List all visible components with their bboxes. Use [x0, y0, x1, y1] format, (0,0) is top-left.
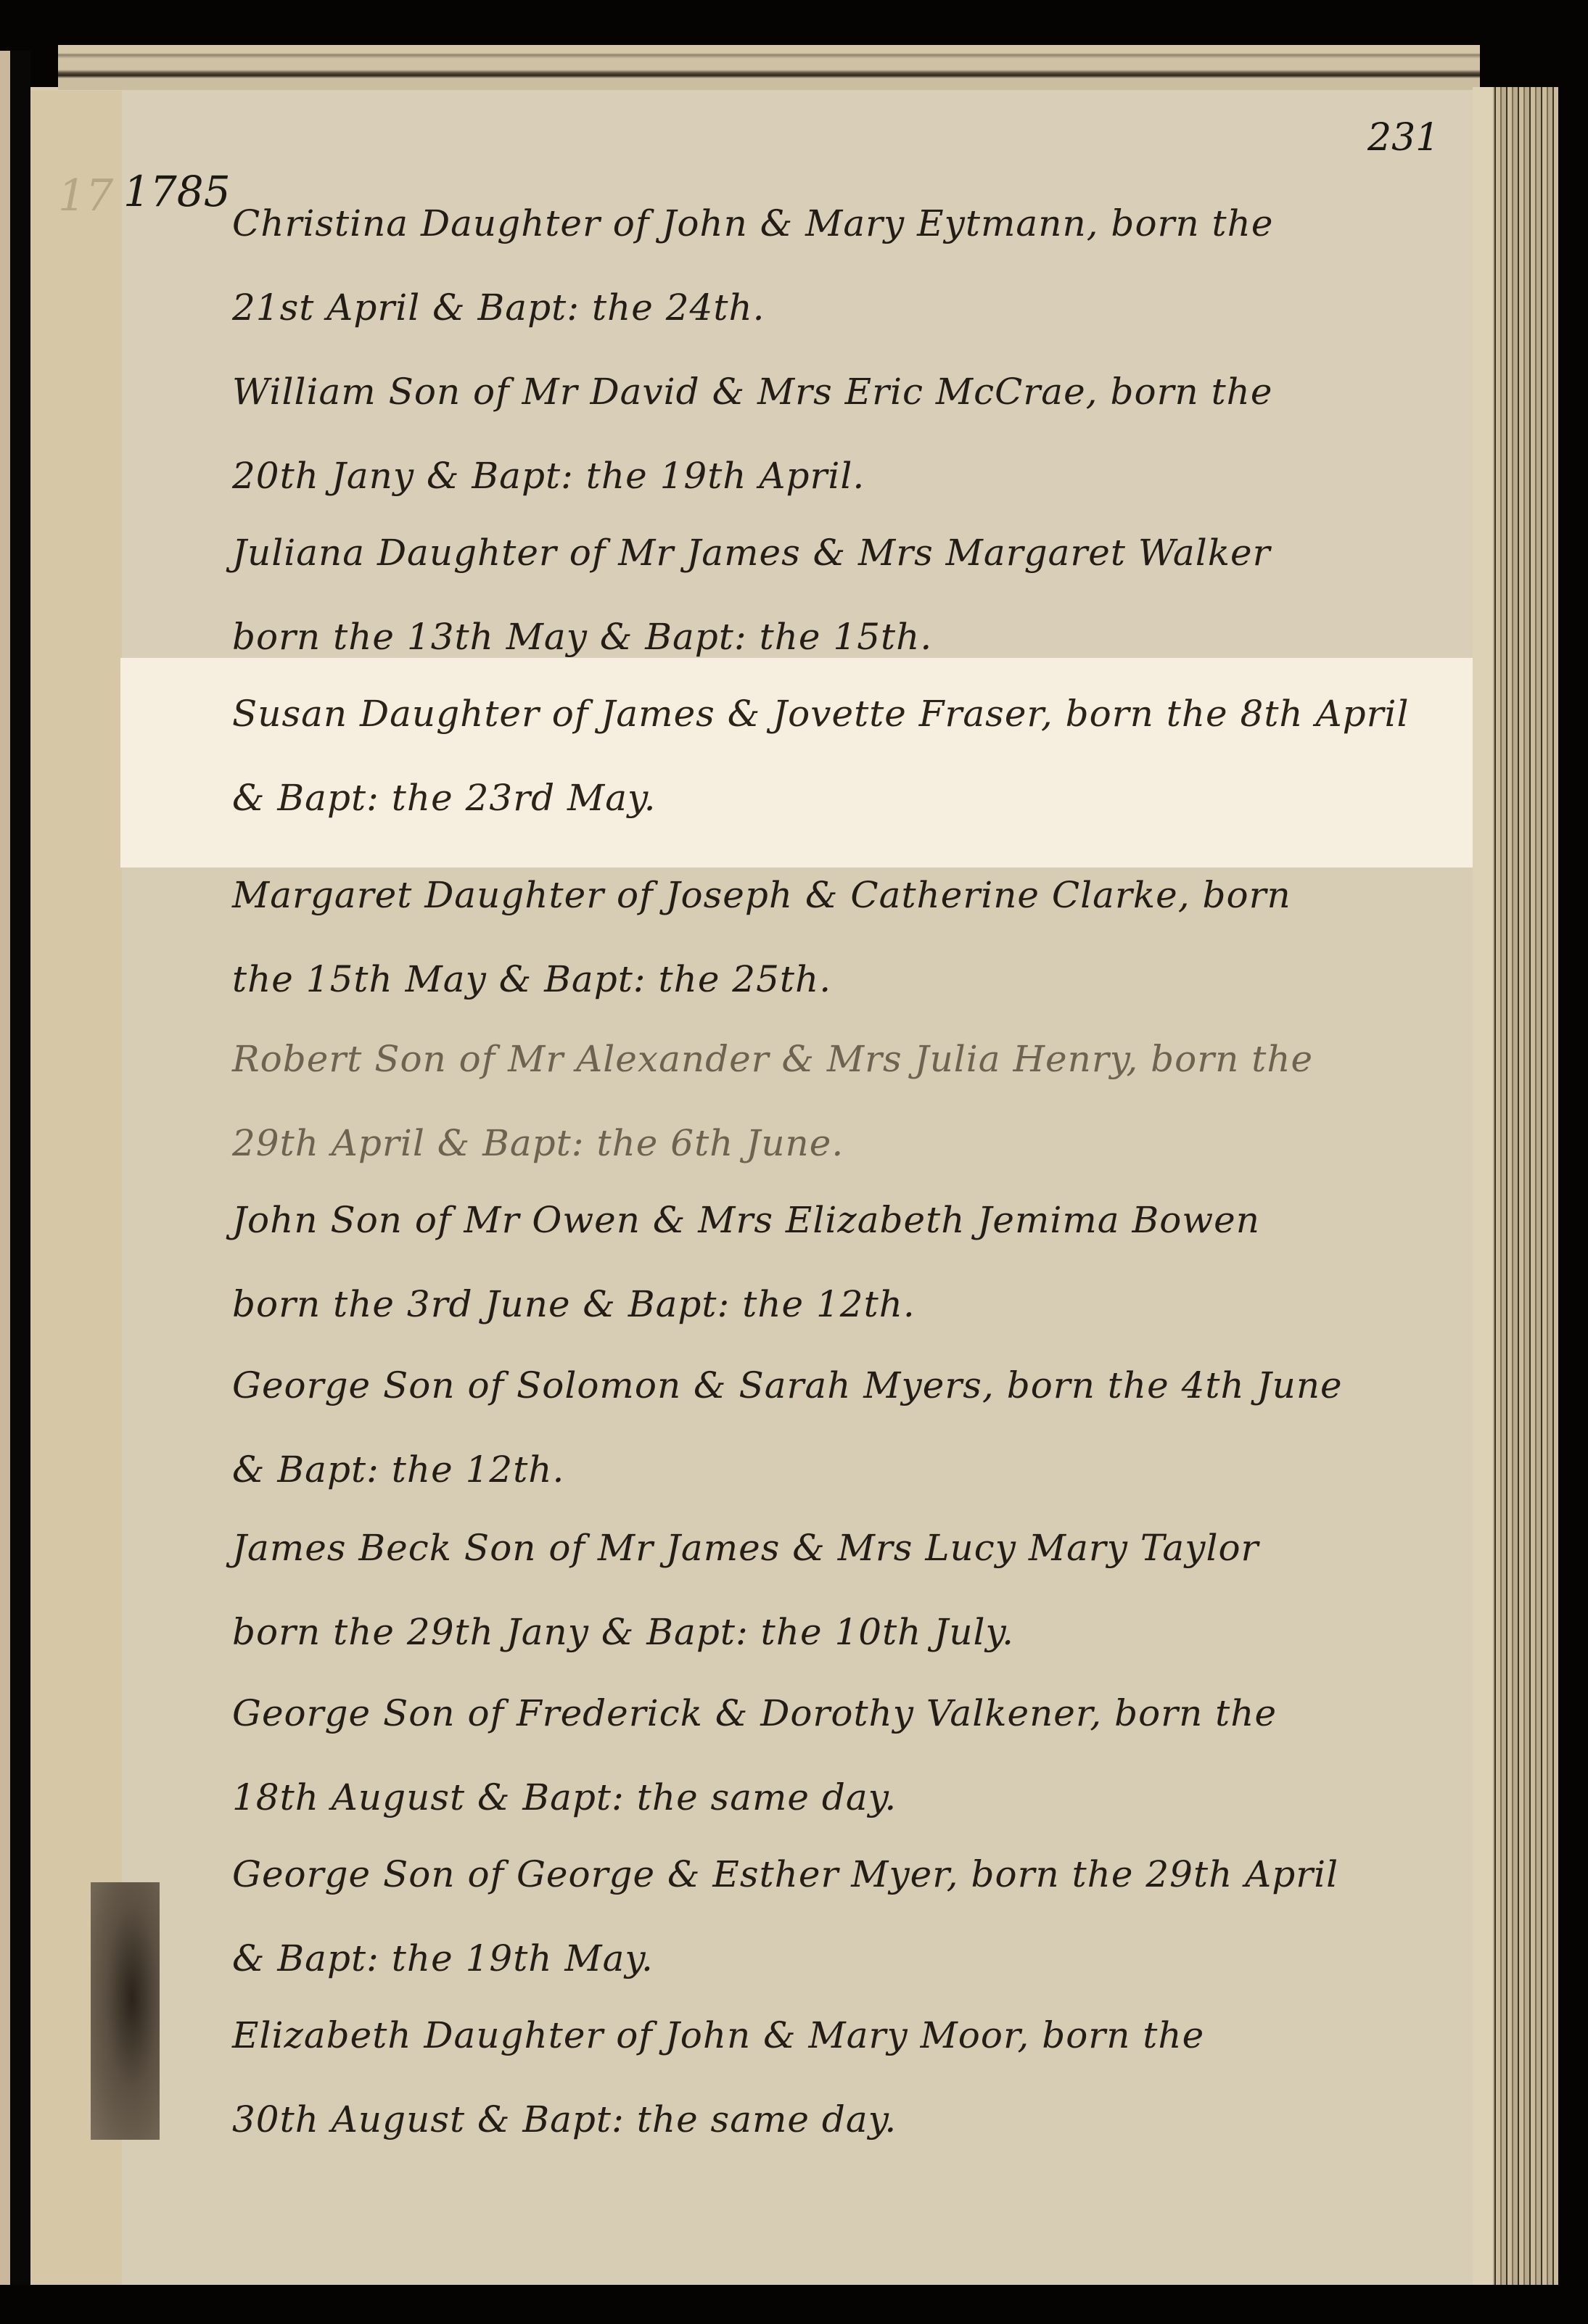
year-margin: 1785 [123, 167, 231, 216]
entry-george-myer: George Son of George & Esther Myer, born… [232, 1832, 1465, 1993]
year-margin-faint: 17 [58, 170, 113, 221]
entry-line: & Bapt: the 19th May. [232, 1916, 1465, 2000]
entry-george-valkener: George Son of Frederick & Dorothy Valken… [232, 1671, 1465, 1832]
entry-juliana-walker: Juliana Daughter of Mr James & Mrs Marga… [232, 511, 1465, 672]
entry-line: Elizabeth Daughter of John & Mary Moor, … [232, 1993, 1465, 2077]
entry-margaret-clarke: Margaret Daughter of Joseph & Catherine … [232, 853, 1465, 1017]
entry-line: 30th August & Bapt: the same day. [232, 2077, 1465, 2162]
entry-christina-eytmann: Christina Daughter of John & Mary Eytman… [232, 181, 1465, 350]
background-bottom [0, 2285, 1588, 2324]
margin-stain [91, 1882, 160, 2140]
entry-john-bowen: John Son of Mr Owen & Mrs Elizabeth Jemi… [232, 1178, 1465, 1343]
entry-line: Christina Daughter of John & Mary Eytman… [232, 181, 1465, 265]
year-text: 1785 [123, 167, 231, 216]
entry-line: 29th April & Bapt: the 6th June. [232, 1101, 1465, 1185]
entry-line: John Son of Mr Owen & Mrs Elizabeth Jemi… [232, 1178, 1465, 1262]
entry-line: George Son of Frederick & Dorothy Valken… [232, 1671, 1465, 1755]
entry-elizabeth-moor: Elizabeth Daughter of John & Mary Moor, … [232, 1993, 1465, 2162]
page-right-border [1473, 87, 1493, 2288]
entry-line: James Beck Son of Mr James & Mrs Lucy Ma… [232, 1506, 1465, 1590]
entry-line: born the 3rd June & Bapt: the 12th. [232, 1262, 1465, 1346]
entry-line: the 15th May & Bapt: the 25th. [232, 937, 1465, 1021]
book-spine-gutter [10, 51, 30, 2292]
entry-line: born the 29th Jany & Bapt: the 10th July… [232, 1590, 1465, 1674]
entry-line: Susan Daughter of James & Jovette Fraser… [232, 672, 1465, 756]
entry-robert-henry: Robert Son of Mr Alexander & Mrs Julia H… [232, 1017, 1465, 1178]
entry-william-mccrae: William Son of Mr David & Mrs Eric McCra… [232, 350, 1465, 511]
entry-line: 18th August & Bapt: the same day. [232, 1755, 1465, 1839]
entry-line: born the 13th May & Bapt: the 15th. [232, 595, 1465, 679]
entry-line: Robert Son of Mr Alexander & Mrs Julia H… [232, 1017, 1465, 1101]
entry-line: Juliana Daughter of Mr James & Mrs Marga… [232, 511, 1465, 595]
entry-line: & Bapt: the 23rd May. [232, 756, 1465, 840]
page-number: 231 [1367, 116, 1439, 160]
entry-line: 20th Jany & Bapt: the 19th April. [232, 434, 1465, 518]
entry-line: George Son of Solomon & Sarah Myers, bor… [232, 1343, 1465, 1427]
entry-line: 21st April & Bapt: the 24th. [232, 265, 1465, 350]
entry-james-beck-taylor: James Beck Son of Mr James & Mrs Lucy Ma… [232, 1506, 1465, 1671]
entry-susan-fraser-highlighted: Susan Daughter of James & Jovette Fraser… [232, 672, 1465, 853]
entry-line: William Son of Mr David & Mrs Eric McCra… [232, 350, 1465, 434]
page-stack-top-edge [58, 45, 1480, 90]
entry-line: Margaret Daughter of Joseph & Catherine … [232, 853, 1465, 937]
entry-line: George Son of George & Esther Myer, born… [232, 1832, 1465, 1916]
entry-line: & Bapt: the 12th. [232, 1427, 1465, 1512]
entry-george-myers: George Son of Solomon & Sarah Myers, bor… [232, 1343, 1465, 1506]
baptism-entries: Christina Daughter of John & Mary Eytman… [232, 181, 1465, 2162]
